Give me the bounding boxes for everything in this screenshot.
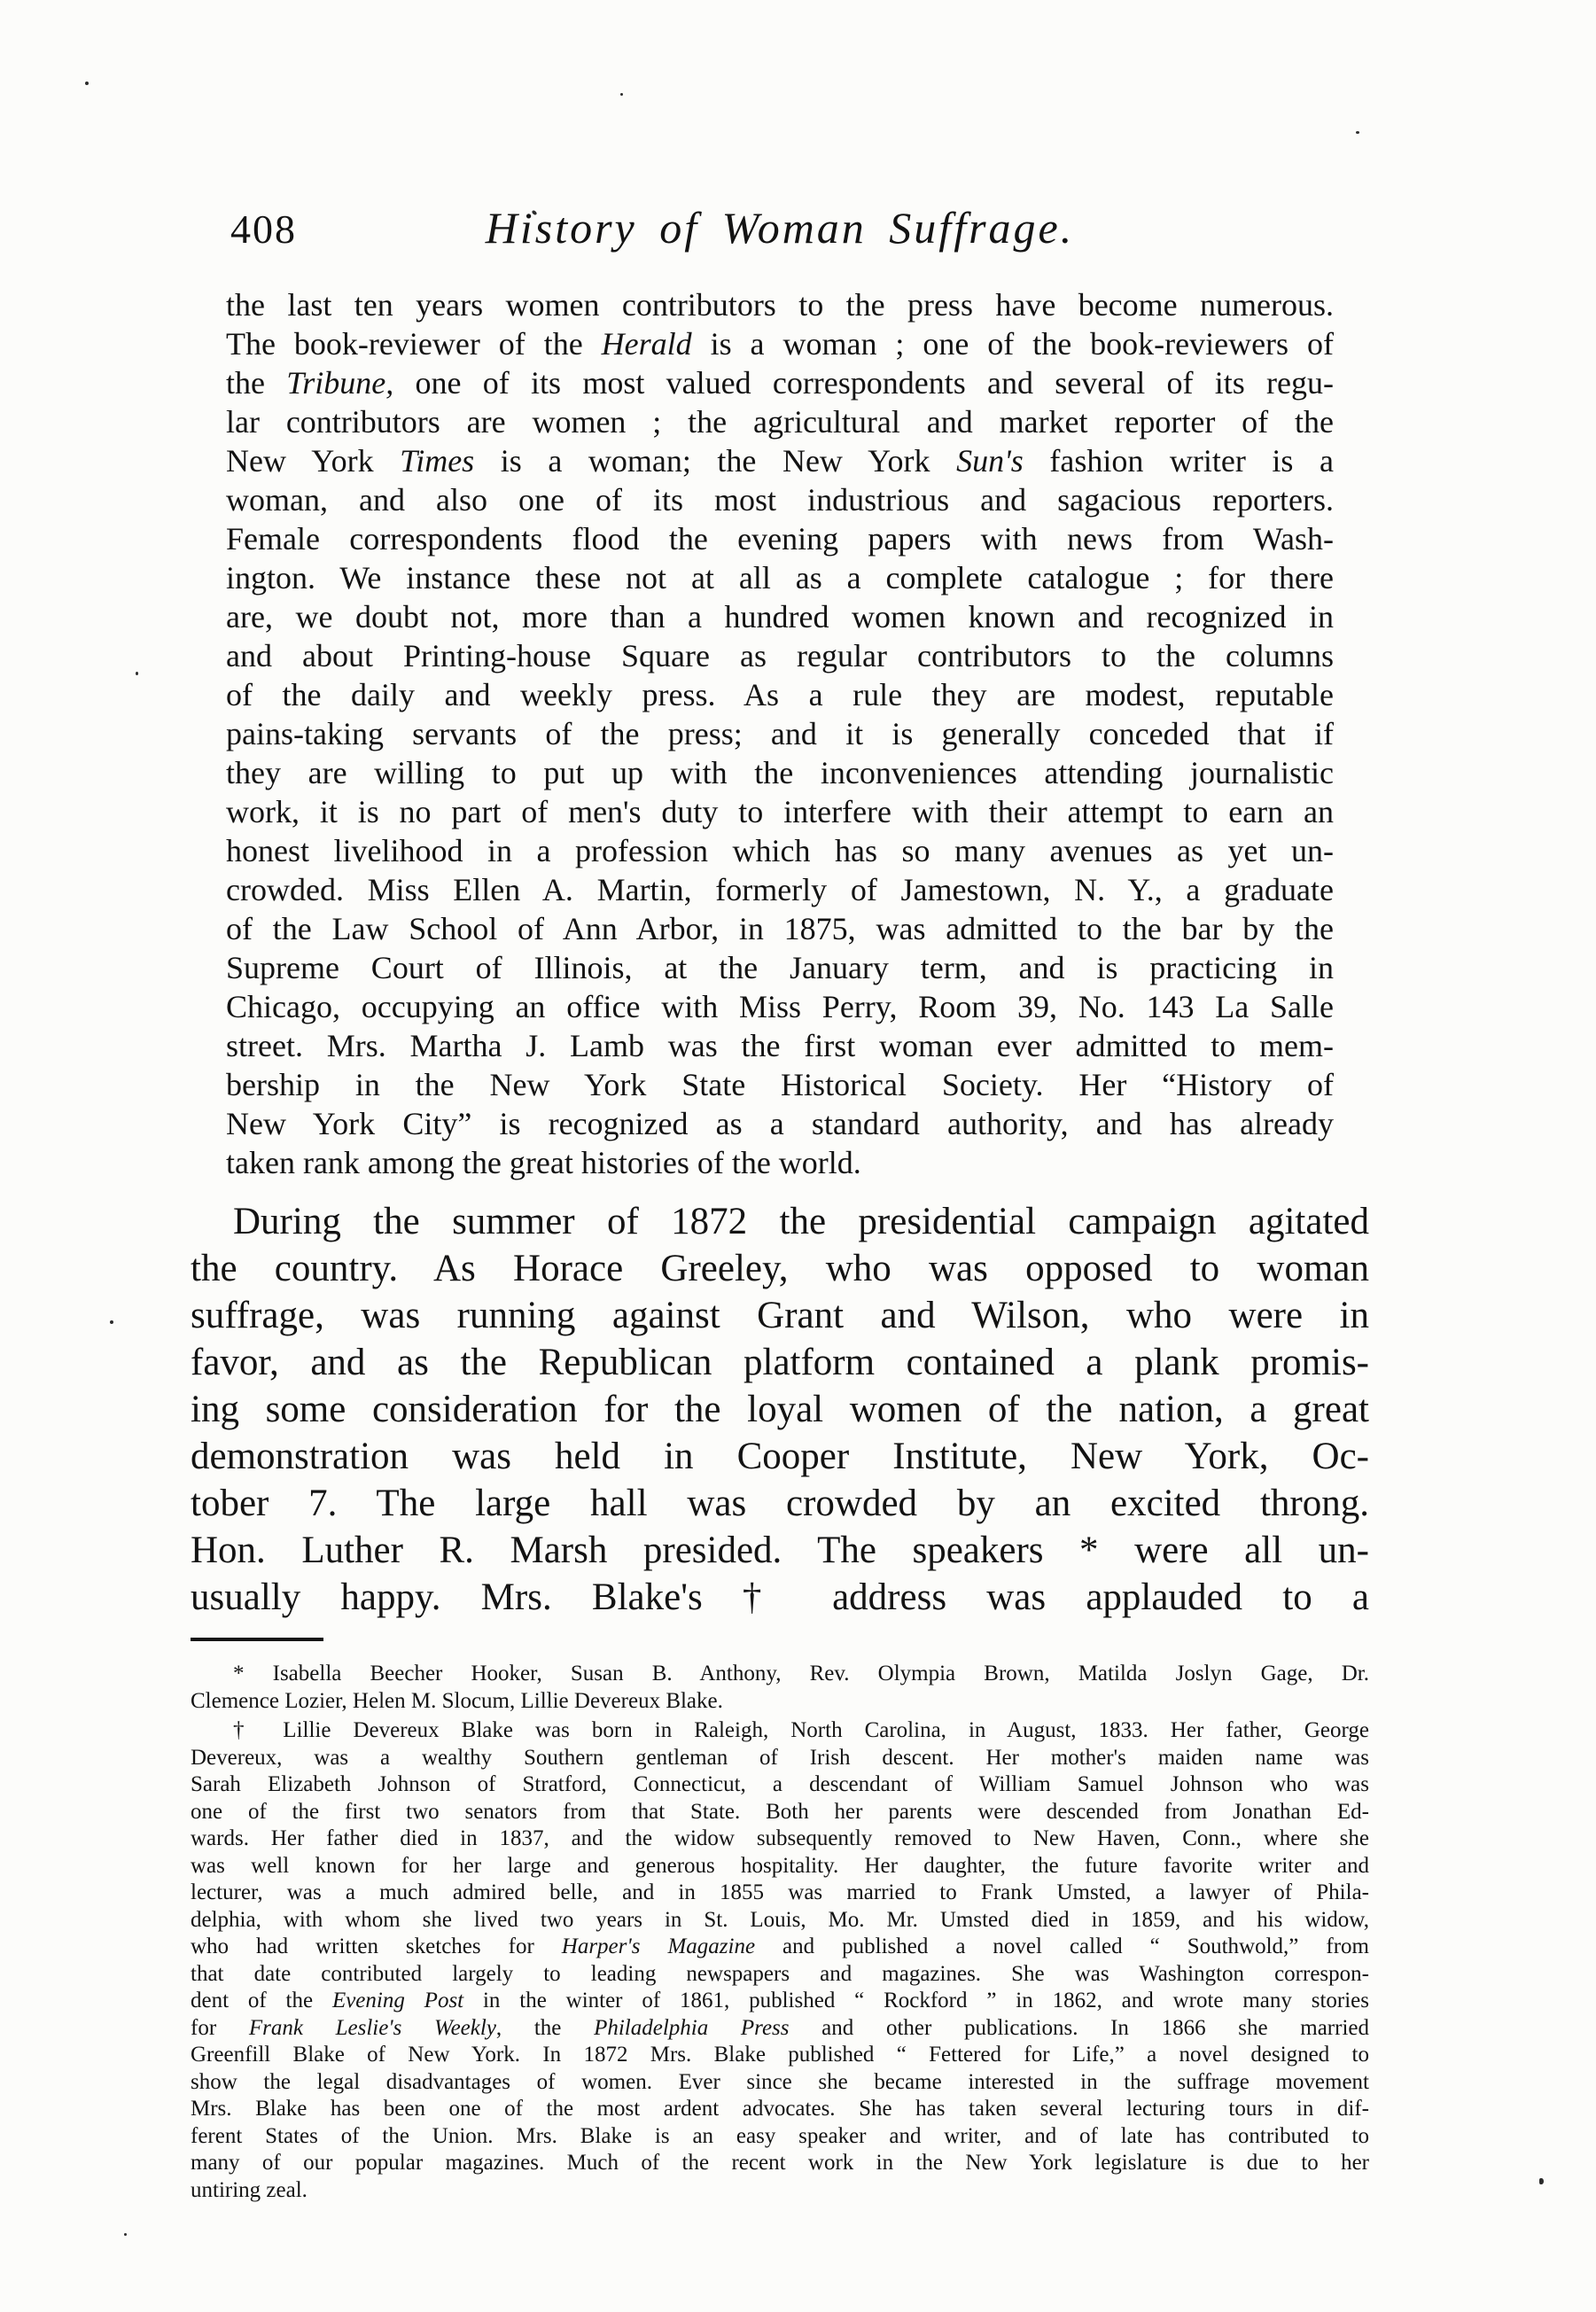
- italic-text: Tribune,: [286, 365, 393, 401]
- text-segment: dent of the: [191, 1989, 332, 2012]
- scan-speckle: [110, 1320, 113, 1324]
- text-line: the Tribune, one of its most valued corr…: [226, 363, 1334, 402]
- text-line: ing some consideration for the loyal wom…: [191, 1386, 1369, 1433]
- text-segment: bership in the New York State Historical…: [226, 1067, 1334, 1102]
- text-segment: woman, and also one of its most industri…: [226, 482, 1334, 518]
- text-segment: New York: [226, 443, 400, 479]
- text-segment: Sarah Elizabeth Johnson of Stratford, Co…: [191, 1772, 1369, 1796]
- scan-speckle: [1356, 131, 1359, 134]
- italic-text: Herald: [602, 326, 692, 362]
- text-line: work, it is no part of men's duty to int…: [226, 792, 1334, 831]
- text-segment: fashion writer is a: [1024, 443, 1334, 479]
- text-line: one of the first two senators from that …: [191, 1799, 1369, 1826]
- body-paragraph-2: During the summer of 1872 the presidenti…: [191, 1198, 1369, 1621]
- scan-speckle: [85, 82, 89, 85]
- scan-speckle: [1539, 2178, 1544, 2184]
- running-title: History of Woman Suffrage.: [191, 202, 1369, 253]
- scan-speckle: [136, 672, 138, 675]
- footnote-star: * Isabella Beecher Hooker, Susan B. Anth…: [191, 1661, 1369, 1715]
- text-segment: one of its most valued correspondents an…: [393, 365, 1334, 401]
- text-line: they are willing to put up with the inco…: [226, 753, 1334, 792]
- text-segment: Clemence Lozier, Helen M. Slocum, Lillie…: [191, 1689, 723, 1713]
- text-segment: and about Printing-house Square as regul…: [226, 638, 1334, 673]
- text-line: woman, and also one of its most industri…: [226, 480, 1334, 519]
- text-segment: and published a novel called “ Southwold…: [755, 1934, 1369, 1958]
- text-segment: show the legal disadvantages of women. E…: [191, 2070, 1369, 2094]
- text-segment: † Lillie Devereux Blake was born in Rale…: [233, 1718, 1369, 1742]
- text-segment: the last ten years women contributors to…: [226, 287, 1334, 323]
- text-line: delphia, with whom she lived two years i…: [191, 1907, 1369, 1934]
- italic-text: Evening Post: [332, 1989, 463, 2012]
- text-segment: tober 7. The large hall was crowded by a…: [191, 1483, 1369, 1524]
- text-line: † Lillie Devereux Blake was born in Rale…: [191, 1717, 1369, 1745]
- text-segment: ferent States of the Union. Mrs. Blake i…: [191, 2124, 1369, 2148]
- text-segment: demonstration was held in Cooper Institu…: [191, 1436, 1369, 1477]
- text-line: favor, and as the Republican platform co…: [191, 1339, 1369, 1386]
- text-line: for Frank Leslie's Weekly, the Philadelp…: [191, 2015, 1369, 2043]
- text-segment: * Isabella Beecher Hooker, Susan B. Anth…: [233, 1662, 1369, 1685]
- footnote-separator-rule: [191, 1638, 323, 1641]
- text-segment: Female correspondents flood the evening …: [226, 521, 1334, 557]
- text-line: Supreme Court of Illinois, at the Januar…: [226, 948, 1334, 987]
- text-line: The book-reviewer of the Herald is a wom…: [226, 324, 1334, 363]
- text-segment: ing some consideration for the loyal wom…: [191, 1389, 1369, 1430]
- italic-text: Frank Leslie's Weekly: [249, 2016, 496, 2040]
- text-segment: Hon. Luther R. Marsh presided. The speak…: [191, 1530, 1369, 1571]
- text-segment: Supreme Court of Illinois, at the Januar…: [226, 950, 1334, 985]
- italic-text: Philadelphia Press: [594, 2016, 789, 2040]
- text-segment: wards. Her father died in 1837, and the …: [191, 1826, 1369, 1850]
- text-line: Clemence Lozier, Helen M. Slocum, Lillie…: [191, 1688, 1369, 1716]
- text-line: Hon. Luther R. Marsh presided. The speak…: [191, 1527, 1369, 1574]
- text-line: Devereux, was a wealthy Southern gentlem…: [191, 1745, 1369, 1772]
- text-segment: lar contributors are women ; the agricul…: [226, 404, 1334, 440]
- text-segment: lecturer, was a much admired belle, and …: [191, 1880, 1369, 1904]
- text-line: lecturer, was a much admired belle, and …: [191, 1880, 1369, 1907]
- text-segment: and other publications. In 1866 she marr…: [790, 2016, 1370, 2040]
- text-segment: suffrage, was running against Grant and …: [191, 1295, 1369, 1336]
- text-segment: During the summer of 1872 the presidenti…: [233, 1201, 1369, 1242]
- text-segment: street. Mrs. Martha J. Lamb was the firs…: [226, 1028, 1334, 1063]
- body-paragraph-1: the last ten years women contributors to…: [191, 285, 1369, 1182]
- text-line: many of our popular magazines. Much of t…: [191, 2150, 1369, 2177]
- text-line: crowded. Miss Ellen A. Martin, formerly …: [226, 870, 1334, 909]
- text-segment: Chicago, occupying an office with Miss P…: [226, 989, 1334, 1024]
- text-line: and about Printing-house Square as regul…: [226, 636, 1334, 675]
- text-line: taken rank among the great histories of …: [226, 1143, 1334, 1182]
- text-segment: of the daily and weekly press. As a rule…: [226, 677, 1334, 712]
- text-line: dent of the Evening Post in the winter o…: [191, 1988, 1369, 2015]
- text-line: that date contributed largely to leading…: [191, 1961, 1369, 1989]
- text-line: show the legal disadvantages of women. E…: [191, 2069, 1369, 2097]
- text-line: suffrage, was running against Grant and …: [191, 1292, 1369, 1339]
- text-segment: usually happy. Mrs. Blake's † address wa…: [191, 1576, 1369, 1618]
- text-segment: work, it is no part of men's duty to int…: [226, 794, 1334, 829]
- text-segment: in the winter of 1861, published “ Rockf…: [463, 1989, 1369, 2012]
- text-segment: that date contributed largely to leading…: [191, 1962, 1369, 1986]
- text-line: lar contributors are women ; the agricul…: [226, 402, 1334, 441]
- text-segment: are, we doubt not, more than a hundred w…: [226, 599, 1334, 634]
- text-line: * Isabella Beecher Hooker, Susan B. Anth…: [191, 1661, 1369, 1688]
- italic-text: Sun's: [956, 443, 1024, 479]
- text-segment: , the: [496, 2016, 594, 2040]
- text-segment: delphia, with whom she lived two years i…: [191, 1908, 1369, 1932]
- text-segment: Devereux, was a wealthy Southern gentlem…: [191, 1746, 1369, 1770]
- text-line: was well known for her large and generou…: [191, 1853, 1369, 1880]
- text-line: ferent States of the Union. Mrs. Blake i…: [191, 2123, 1369, 2151]
- text-segment: the country. As Horace Greeley, who was …: [191, 1248, 1369, 1289]
- text-line: the country. As Horace Greeley, who was …: [191, 1245, 1369, 1292]
- text-segment: ington. We instance these not at all as …: [226, 560, 1334, 596]
- italic-text: Times: [400, 443, 474, 479]
- book-page-scan: 408 History of Woman Suffrage. the last …: [0, 0, 1596, 2312]
- page-header: 408 History of Woman Suffrage.: [191, 202, 1369, 259]
- text-segment: they are willing to put up with the inco…: [226, 755, 1334, 790]
- text-segment: one of the first two senators from that …: [191, 1800, 1369, 1824]
- text-line: New York Times is a woman; the New York …: [226, 441, 1334, 480]
- text-line: New York City” is recognized as a standa…: [226, 1104, 1334, 1143]
- text-segment: crowded. Miss Ellen A. Martin, formerly …: [226, 872, 1334, 907]
- text-segment: Mrs. Blake has been one of the most arde…: [191, 2097, 1369, 2121]
- text-line: of the Law School of Ann Arbor, in 1875,…: [226, 909, 1334, 948]
- text-line: of the daily and weekly press. As a rule…: [226, 675, 1334, 714]
- text-segment: honest livelihood in a profession which …: [226, 833, 1334, 868]
- text-line: who had written sketches for Harper's Ma…: [191, 1934, 1369, 1961]
- text-segment: untiring zeal.: [191, 2178, 308, 2202]
- text-line: pains-taking servants of the press; and …: [226, 714, 1334, 753]
- text-segment: pains-taking servants of the press; and …: [226, 716, 1334, 751]
- text-line: Mrs. Blake has been one of the most arde…: [191, 2096, 1369, 2123]
- text-segment: the: [226, 365, 286, 401]
- scan-speckle: [620, 93, 623, 96]
- text-line: untiring zeal.: [191, 2177, 1369, 2205]
- text-segment: New York City” is recognized as a standa…: [226, 1106, 1334, 1141]
- scan-speckle: [124, 2233, 127, 2236]
- text-line: During the summer of 1872 the presidenti…: [191, 1198, 1369, 1245]
- text-segment: many of our popular magazines. Much of t…: [191, 2151, 1369, 2175]
- footnote-dagger: † Lillie Devereux Blake was born in Rale…: [191, 1717, 1369, 2204]
- text-line: Chicago, occupying an office with Miss P…: [226, 987, 1334, 1026]
- text-segment: taken rank among the great histories of …: [226, 1145, 861, 1180]
- page-number: 408: [230, 206, 297, 253]
- text-line: honest livelihood in a profession which …: [226, 831, 1334, 870]
- text-line: usually happy. Mrs. Blake's † address wa…: [191, 1574, 1369, 1621]
- text-line: ington. We instance these not at all as …: [226, 558, 1334, 597]
- text-segment: is a woman ; one of the book-reviewers o…: [692, 326, 1334, 362]
- text-segment: Greenfill Blake of New York. In 1872 Mrs…: [191, 2043, 1369, 2067]
- text-line: are, we doubt not, more than a hundred w…: [226, 597, 1334, 636]
- text-line: wards. Her father died in 1837, and the …: [191, 1825, 1369, 1853]
- text-line: Sarah Elizabeth Johnson of Stratford, Co…: [191, 1771, 1369, 1799]
- text-line: street. Mrs. Martha J. Lamb was the firs…: [226, 1026, 1334, 1065]
- text-line: Female correspondents flood the evening …: [226, 519, 1334, 558]
- text-segment: for: [191, 2016, 249, 2040]
- text-segment: is a woman; the New York: [474, 443, 956, 479]
- text-segment: who had written sketches for: [191, 1934, 562, 1958]
- text-line: bership in the New York State Historical…: [226, 1065, 1334, 1104]
- text-line: Greenfill Blake of New York. In 1872 Mrs…: [191, 2042, 1369, 2069]
- text-segment: The book-reviewer of the: [226, 326, 602, 362]
- text-segment: favor, and as the Republican platform co…: [191, 1342, 1369, 1383]
- text-segment: was well known for her large and generou…: [191, 1854, 1369, 1878]
- text-segment: of the Law School of Ann Arbor, in 1875,…: [226, 911, 1334, 946]
- text-line: demonstration was held in Cooper Institu…: [191, 1433, 1369, 1480]
- text-line: the last ten years women contributors to…: [226, 285, 1334, 324]
- italic-text: Harper's Magazine: [562, 1934, 755, 1958]
- text-line: tober 7. The large hall was crowded by a…: [191, 1480, 1369, 1527]
